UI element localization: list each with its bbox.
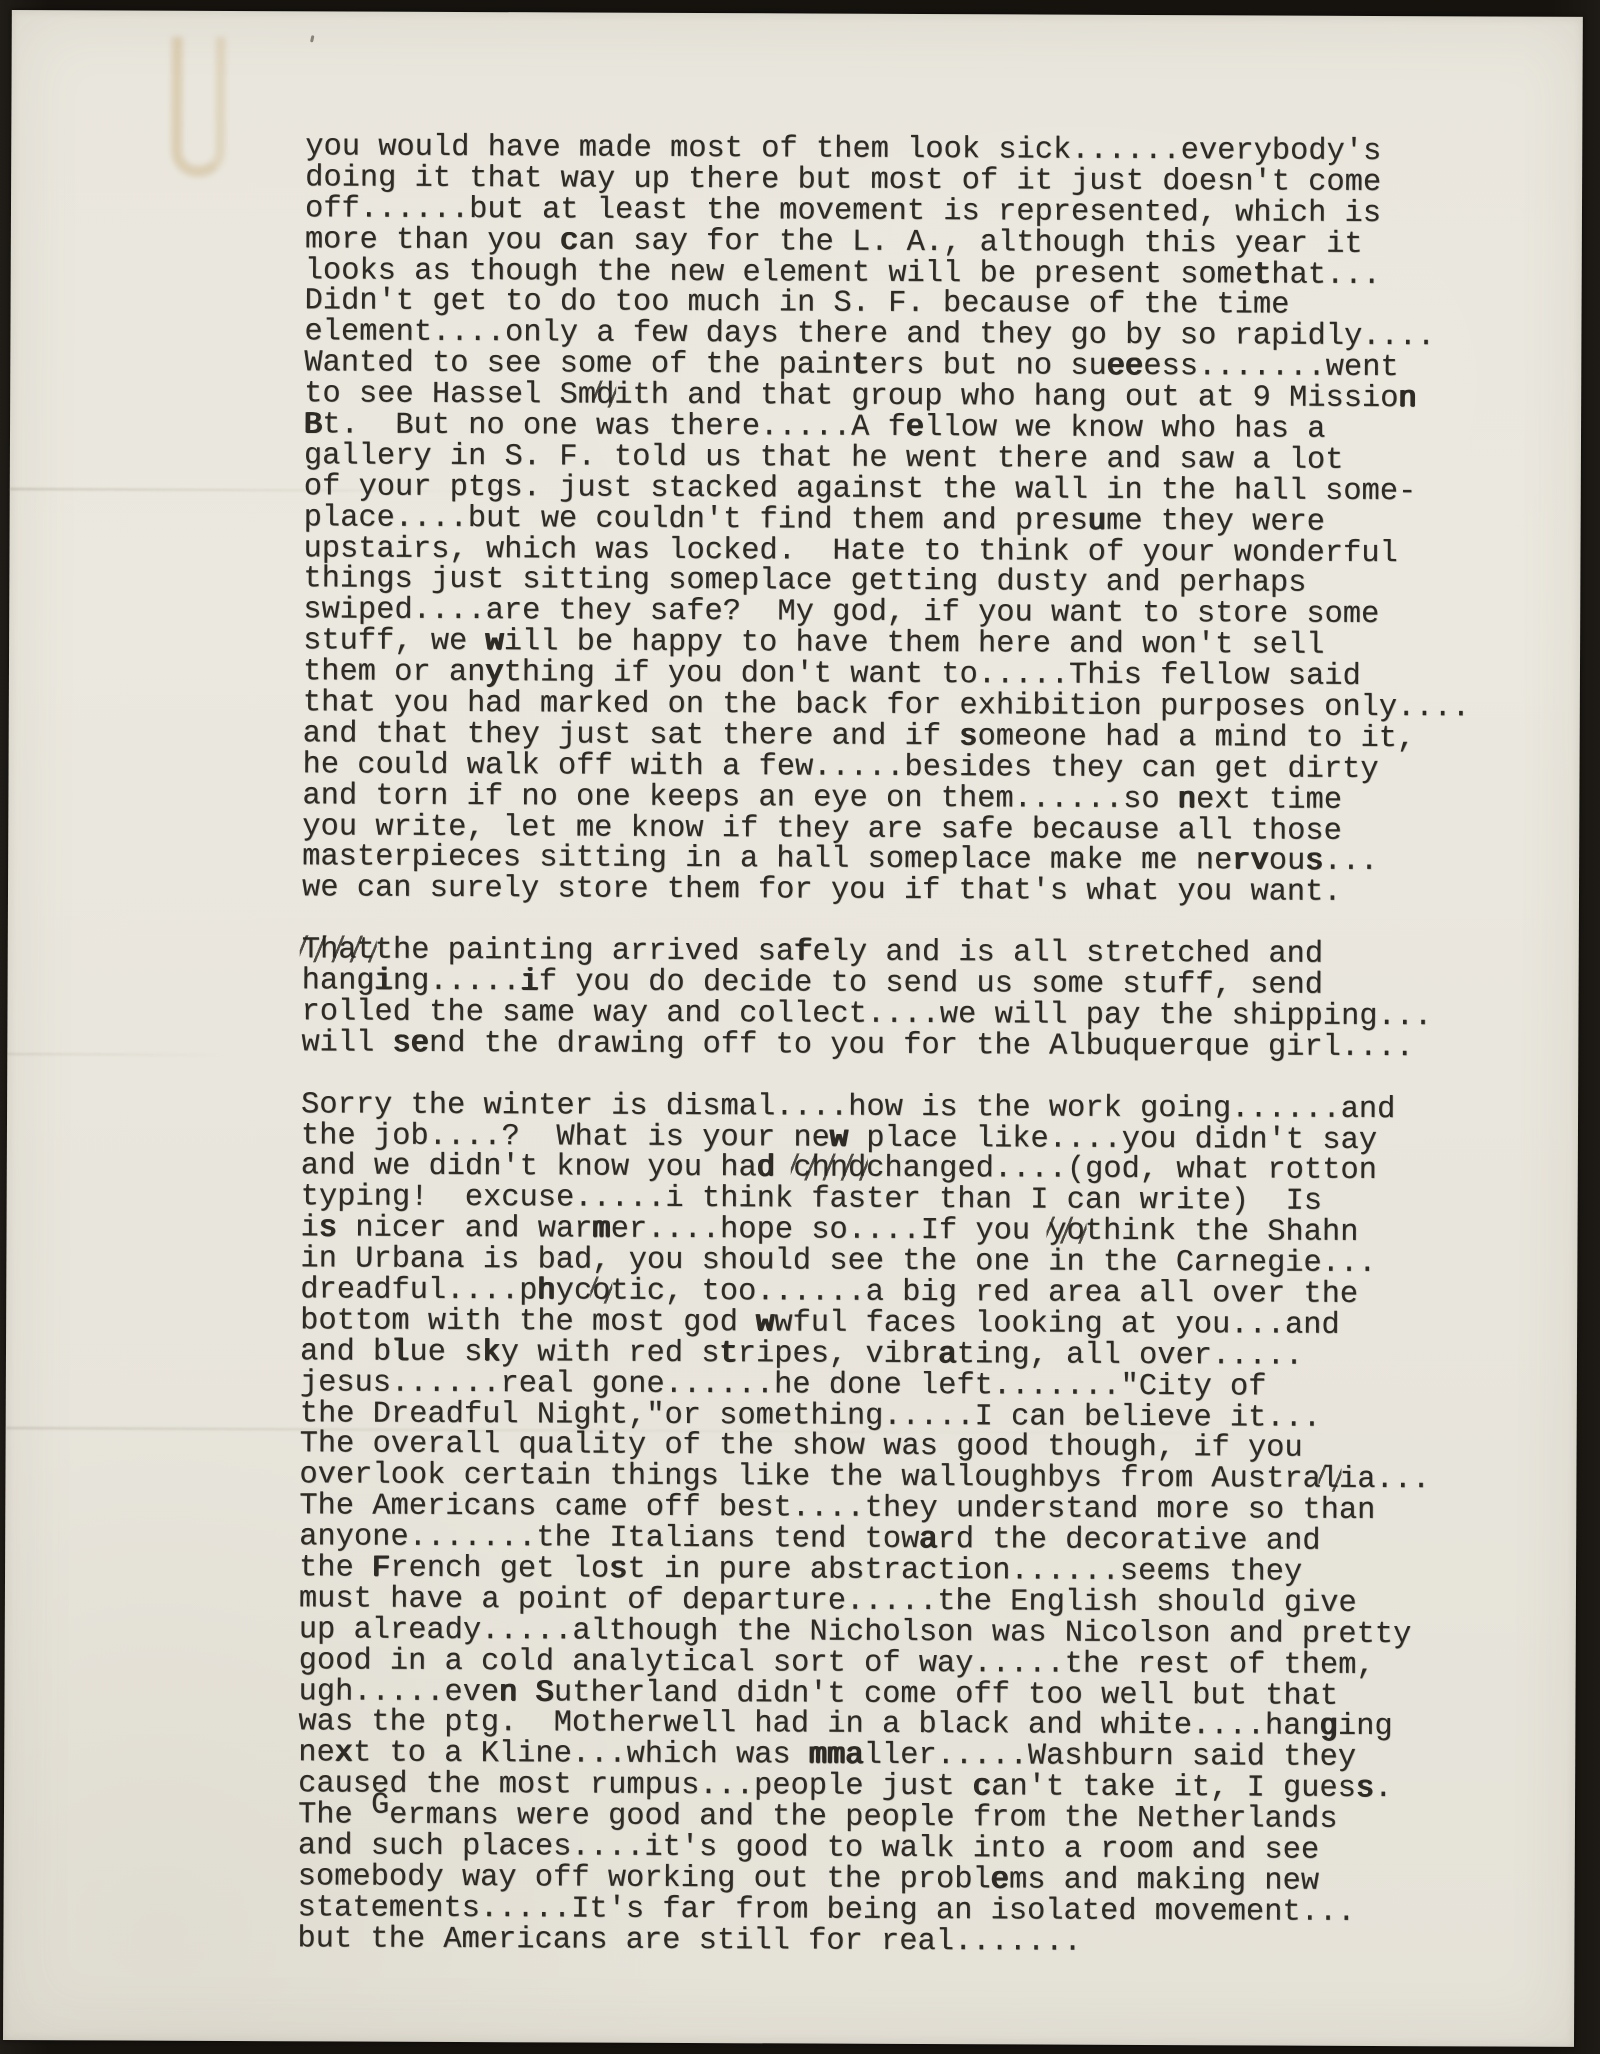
overtyped-text: se bbox=[392, 1027, 429, 1061]
struck-out-text: yo bbox=[1048, 1215, 1085, 1249]
overtyped-text: i bbox=[520, 965, 538, 999]
overtyped-text: f bbox=[794, 936, 812, 970]
letter-line: but the Americans are still for real....… bbox=[297, 1924, 1574, 1960]
letter-paragraph: Sorry the winter is dismal....how is the… bbox=[297, 1090, 1578, 1961]
scanner-background: you would have made most of them look si… bbox=[0, 0, 1600, 2054]
overtyped-text: t bbox=[851, 349, 869, 383]
overtyped-text: g bbox=[1320, 1710, 1338, 1744]
letter-paragraph: you would have made most of them look si… bbox=[302, 132, 1582, 910]
overtyped-text: n bbox=[1398, 382, 1416, 416]
overtyped-text: a bbox=[845, 1739, 863, 1773]
overtyped-text: s bbox=[1305, 845, 1323, 879]
ink-speck bbox=[310, 35, 314, 42]
overtyped-text: s bbox=[609, 1553, 627, 1587]
letter-line: will send the drawing off to you for the… bbox=[301, 1028, 1578, 1064]
overtyped-text: a bbox=[919, 1523, 937, 1557]
overtyped-text: rv bbox=[1232, 845, 1269, 879]
struck-out-text: o bbox=[592, 1275, 610, 1309]
letter-body: you would have made most of them look si… bbox=[297, 132, 1582, 1960]
overtyped-text: k bbox=[482, 1336, 500, 1370]
overtyped-text: t bbox=[1253, 258, 1271, 292]
letter-paragraph: Thatthe painting arrived safely and is a… bbox=[301, 935, 1579, 1064]
overtyped-text: w bbox=[485, 625, 503, 659]
overtyped-text: ee bbox=[1107, 350, 1144, 384]
struck-out-text: l bbox=[1321, 1463, 1339, 1497]
overtyped-text: l bbox=[391, 1335, 409, 1369]
overtyped-text: S bbox=[536, 1676, 554, 1710]
overtyped-text: a bbox=[938, 1338, 956, 1372]
overtyped-text: F bbox=[372, 1552, 390, 1586]
overtyped-text: t bbox=[719, 1337, 737, 1371]
overtyped-text: h bbox=[537, 1274, 555, 1308]
overtyped-text: n bbox=[1178, 783, 1196, 817]
overtyped-text: e bbox=[991, 1863, 1009, 1897]
overtyped-text: B bbox=[304, 408, 322, 442]
overtyped-text: c bbox=[973, 1770, 991, 1804]
overtyped-text: m bbox=[592, 1213, 610, 1247]
overtyped-text: s bbox=[1356, 1772, 1374, 1806]
overtyped-text: c bbox=[560, 224, 578, 258]
overtyped-text: u bbox=[1088, 504, 1106, 538]
struck-out-text: d bbox=[596, 379, 614, 413]
overtyped-text: y bbox=[485, 656, 503, 690]
overtyped-text: d bbox=[757, 1152, 775, 1186]
letter-page: you would have made most of them look si… bbox=[3, 10, 1583, 2047]
overtyped-text: w bbox=[830, 1121, 848, 1155]
overtyped-text: w bbox=[756, 1306, 774, 1340]
overtyped-text: e bbox=[906, 411, 924, 445]
fold-crease-middle bbox=[7, 1053, 227, 1056]
overtyped-text: s bbox=[959, 720, 977, 754]
overtyped-text: mm bbox=[809, 1739, 846, 1773]
overtyped-text: i bbox=[375, 965, 393, 999]
overtyped-text: s bbox=[319, 1212, 337, 1246]
overtyped-text: n bbox=[499, 1676, 517, 1710]
letter-line: we can surely store them for you if that… bbox=[302, 874, 1579, 910]
raised-char: G bbox=[371, 1788, 389, 1822]
overtyped-text: x bbox=[335, 1737, 353, 1771]
struck-out-text: That bbox=[302, 933, 375, 967]
struck-out-text: chnd bbox=[793, 1152, 866, 1186]
paperclip-rust-stain bbox=[171, 37, 226, 177]
